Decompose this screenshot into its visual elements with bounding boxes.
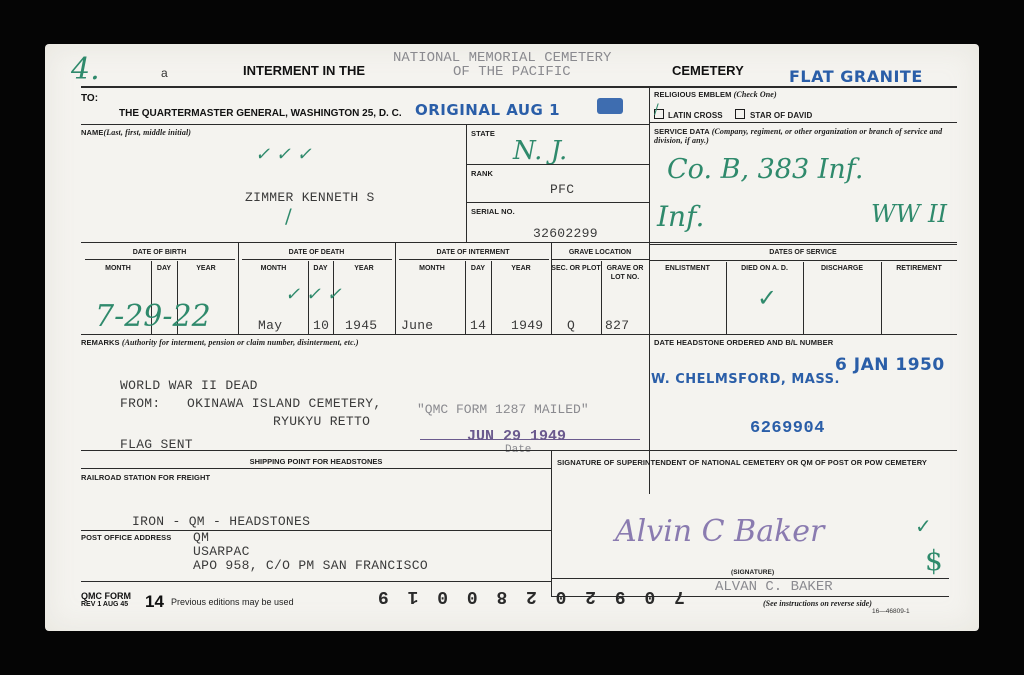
sec-or-plot-value: Q bbox=[567, 318, 575, 333]
railroad-station-label: RAILROAD STATION FOR FREIGHT bbox=[81, 473, 210, 482]
birth-month-col: MONTH bbox=[85, 264, 151, 273]
name-label: NAME(Last, first, middle initial) bbox=[81, 128, 191, 137]
remarks-top-rule bbox=[81, 334, 957, 335]
form-mailed-date-stamp: JUN 29 1949 bbox=[467, 428, 566, 445]
interment-month-col: MONTH bbox=[399, 264, 465, 273]
state-rank-rule bbox=[466, 164, 649, 165]
remarks-line3: RYUKYU RETTO bbox=[273, 414, 370, 429]
died-on-ad-col: DIED ON A. D. bbox=[726, 264, 803, 273]
dates-of-service-sub-rule bbox=[649, 260, 957, 261]
remarks-label: REMARKS (Authority for interment, pensio… bbox=[81, 338, 359, 347]
latin-cross-check-mark: / bbox=[654, 102, 659, 118]
footer-top-rule bbox=[81, 581, 551, 582]
typed-signer-name: ALVAN C. BAKER bbox=[715, 579, 833, 595]
addressee: THE QUARTERMASTER GENERAL, WASHINGTON 25… bbox=[119, 108, 402, 119]
grave-or-lot-col: GRAVE OR LOT NO. bbox=[601, 264, 649, 282]
shipping-sub-rule bbox=[81, 468, 551, 469]
signature-initial-mark: $ bbox=[925, 544, 943, 577]
form-id-line1: QMC FORM bbox=[81, 592, 131, 601]
shipping-top-rule bbox=[81, 450, 957, 451]
star-of-david-label: STAR OF DAVID bbox=[750, 111, 812, 120]
retirement-col: RETIREMENT bbox=[881, 264, 957, 273]
interment-year-value: 1949 bbox=[511, 318, 543, 333]
handwritten-corner-number: 4. bbox=[71, 52, 100, 87]
state-value: N. J. bbox=[513, 136, 567, 166]
interment-form-card: 4. a INTERMENT IN THE NATIONAL MEMORIAL … bbox=[45, 44, 979, 631]
headstone-order-label: DATE HEADSTONE ORDERED AND B/L NUMBER bbox=[654, 338, 833, 347]
death-month-col: MONTH bbox=[242, 264, 305, 273]
print-code: 16—46809-1 bbox=[872, 608, 910, 615]
signature-check-mark: ✓ bbox=[915, 514, 932, 538]
remarks-line1: WORLD WAR II DEAD bbox=[120, 378, 258, 393]
form-title-suffix: CEMETERY bbox=[672, 63, 744, 78]
death-year-col: YEAR bbox=[333, 264, 395, 273]
grave-sub-rule bbox=[551, 259, 649, 260]
rank-label: RANK bbox=[471, 169, 493, 178]
headstone-order-location-stamp: W. CHELMSFORD, MASS. bbox=[651, 372, 840, 387]
service-data-handwritten-line2: Inf. bbox=[657, 200, 704, 233]
date-of-death-label: DATE OF DEATH bbox=[238, 248, 395, 257]
remarks-line2: OKINAWA ISLAND CEMETERY, bbox=[187, 396, 381, 411]
state-label: STATE bbox=[471, 129, 495, 138]
shipping-point-label: SHIPPING POINT FOR HEADSTONES bbox=[81, 457, 551, 466]
discharge-col: DISCHARGE bbox=[803, 264, 881, 273]
date-of-interment-label: DATE OF INTERMENT bbox=[395, 248, 551, 257]
name-row-top-rule bbox=[81, 124, 649, 125]
birth-sub-rule bbox=[85, 259, 235, 260]
post-office-line3: APO 958, C/O PM SAN FRANCISCO bbox=[193, 558, 428, 573]
original-stamp-blot bbox=[597, 98, 623, 114]
serial-no-value: 32602299 bbox=[533, 226, 598, 241]
religious-emblem-label: RELIGIOUS EMBLEM (Check One) bbox=[654, 90, 777, 99]
headstone-order-date-stamp: 6 JAN 1950 bbox=[835, 355, 945, 375]
death-day-col: DAY bbox=[308, 264, 333, 273]
grave-location-label: GRAVE LOCATION bbox=[551, 248, 649, 257]
date-of-birth-label: DATE OF BIRTH bbox=[81, 248, 238, 257]
dates-of-service-label: DATES OF SERVICE bbox=[649, 248, 957, 257]
form-id-line2: REV 1 AUG 45 bbox=[81, 601, 128, 608]
form-mailed-stamp: "QMC FORM 1287 MAILED" bbox=[417, 402, 589, 417]
star-of-david-checkbox[interactable] bbox=[735, 109, 745, 119]
post-office-top-rule bbox=[81, 530, 551, 531]
original-date-stamp: ORIGINAL AUG 1 bbox=[415, 101, 560, 119]
date-of-birth-value: 7-29-22 bbox=[95, 299, 211, 334]
serial-no-label: SERIAL NO. bbox=[471, 207, 515, 216]
rank-value: PFC bbox=[550, 182, 574, 197]
name-value: ZIMMER KENNETH S bbox=[245, 190, 375, 205]
service-data-ww2-note: WW II bbox=[871, 200, 947, 228]
form-number: 14 bbox=[145, 592, 164, 612]
interment-sub-rule bbox=[399, 259, 549, 260]
signature-caption: (SIGNATURE) bbox=[731, 569, 774, 576]
died-on-ad-check-mark: ✓ bbox=[757, 284, 777, 312]
birth-year-col: YEAR bbox=[177, 264, 235, 273]
interment-month-value: June bbox=[401, 318, 433, 333]
corner-letter: a bbox=[161, 66, 168, 80]
previous-editions-note: Previous editions may be used bbox=[171, 597, 294, 607]
service-data-top-rule bbox=[649, 122, 957, 123]
railroad-station-value: IRON - QM - HEADSTONES bbox=[132, 514, 310, 529]
interment-year-col: YEAR bbox=[491, 264, 551, 273]
instructions-note: (See instructions on reverse side) bbox=[763, 599, 872, 608]
death-day-value: 10 bbox=[313, 318, 329, 333]
service-data-label: SERVICE DATA (Company, regiment, or othe… bbox=[654, 127, 954, 145]
inverted-serial-stamp: 7 0 9 2 0 2 8 0 0 1 9 bbox=[374, 586, 685, 606]
shipping-signature-divider bbox=[551, 450, 552, 596]
name-check-marks: ✓ ✓ ✓ bbox=[255, 144, 312, 165]
grave-or-lot-value: 827 bbox=[605, 318, 629, 333]
signature-label: SIGNATURE OF SUPERINTENDENT OF NATIONAL … bbox=[557, 458, 947, 467]
latin-cross-label: LATIN CROSS bbox=[668, 111, 723, 120]
post-office-line2: USARPAC bbox=[193, 544, 250, 559]
death-date-check-marks: ✓ ✓ ✓ bbox=[285, 284, 342, 305]
handwritten-signature: Alvin C Baker bbox=[615, 514, 824, 549]
bl-number-stamp: 6269904 bbox=[750, 419, 825, 438]
dates-top-rule bbox=[81, 242, 957, 243]
post-office-label: POST OFFICE ADDRESS bbox=[81, 533, 171, 542]
service-data-handwritten-line1: Co. B, 383 Inf. bbox=[667, 154, 863, 185]
header-rule bbox=[81, 86, 957, 88]
interment-day-col: DAY bbox=[465, 264, 491, 273]
cemetery-name-stamp-line2: OF THE PACIFIC bbox=[453, 64, 571, 80]
death-sub-rule bbox=[242, 259, 392, 260]
mailed-date-line bbox=[420, 439, 640, 440]
state-column-divider bbox=[466, 124, 467, 242]
death-month-value: May bbox=[258, 318, 282, 333]
sec-or-plot-col: SEC. OR PLOT bbox=[551, 264, 601, 273]
name-tick: / bbox=[285, 204, 292, 228]
form-title-prefix: INTERMENT IN THE bbox=[243, 63, 365, 78]
interment-day-value: 14 bbox=[470, 318, 486, 333]
death-year-value: 1945 bbox=[345, 318, 377, 333]
post-office-line1: QM bbox=[193, 531, 209, 545]
birth-day-col: DAY bbox=[151, 264, 177, 273]
remarks-line2-prefix: FROM: bbox=[120, 396, 161, 411]
rank-serial-rule bbox=[466, 202, 649, 203]
right-column-divider bbox=[649, 86, 650, 494]
dates-of-service-top-rule bbox=[649, 244, 957, 245]
enlistment-col: ENLISTMENT bbox=[649, 264, 726, 273]
headstone-type-stamp: FLAT GRANITE bbox=[789, 67, 923, 86]
to-label: TO: bbox=[81, 93, 98, 104]
